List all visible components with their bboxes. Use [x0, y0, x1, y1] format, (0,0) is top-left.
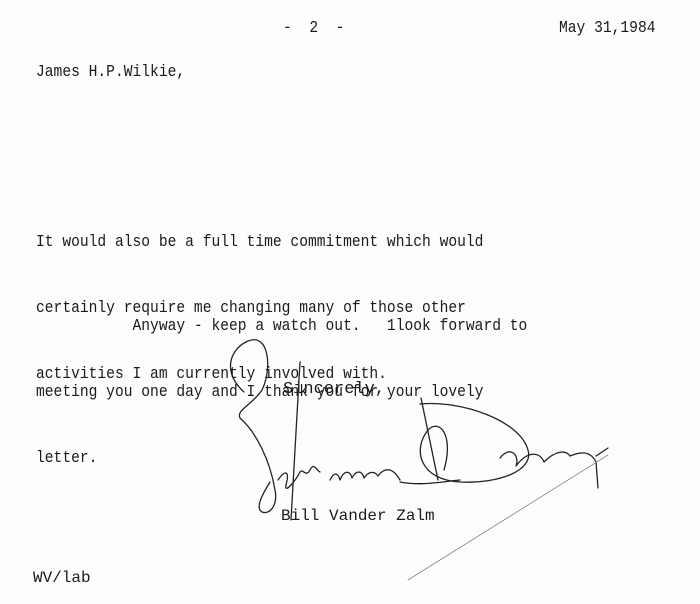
letter-page: - 2 - May 31,1984 James H.P.Wilkie, It w…: [0, 0, 700, 604]
signer-name: Bill Vander Zalm: [281, 505, 435, 527]
reference-initials: WV/lab: [33, 567, 91, 589]
